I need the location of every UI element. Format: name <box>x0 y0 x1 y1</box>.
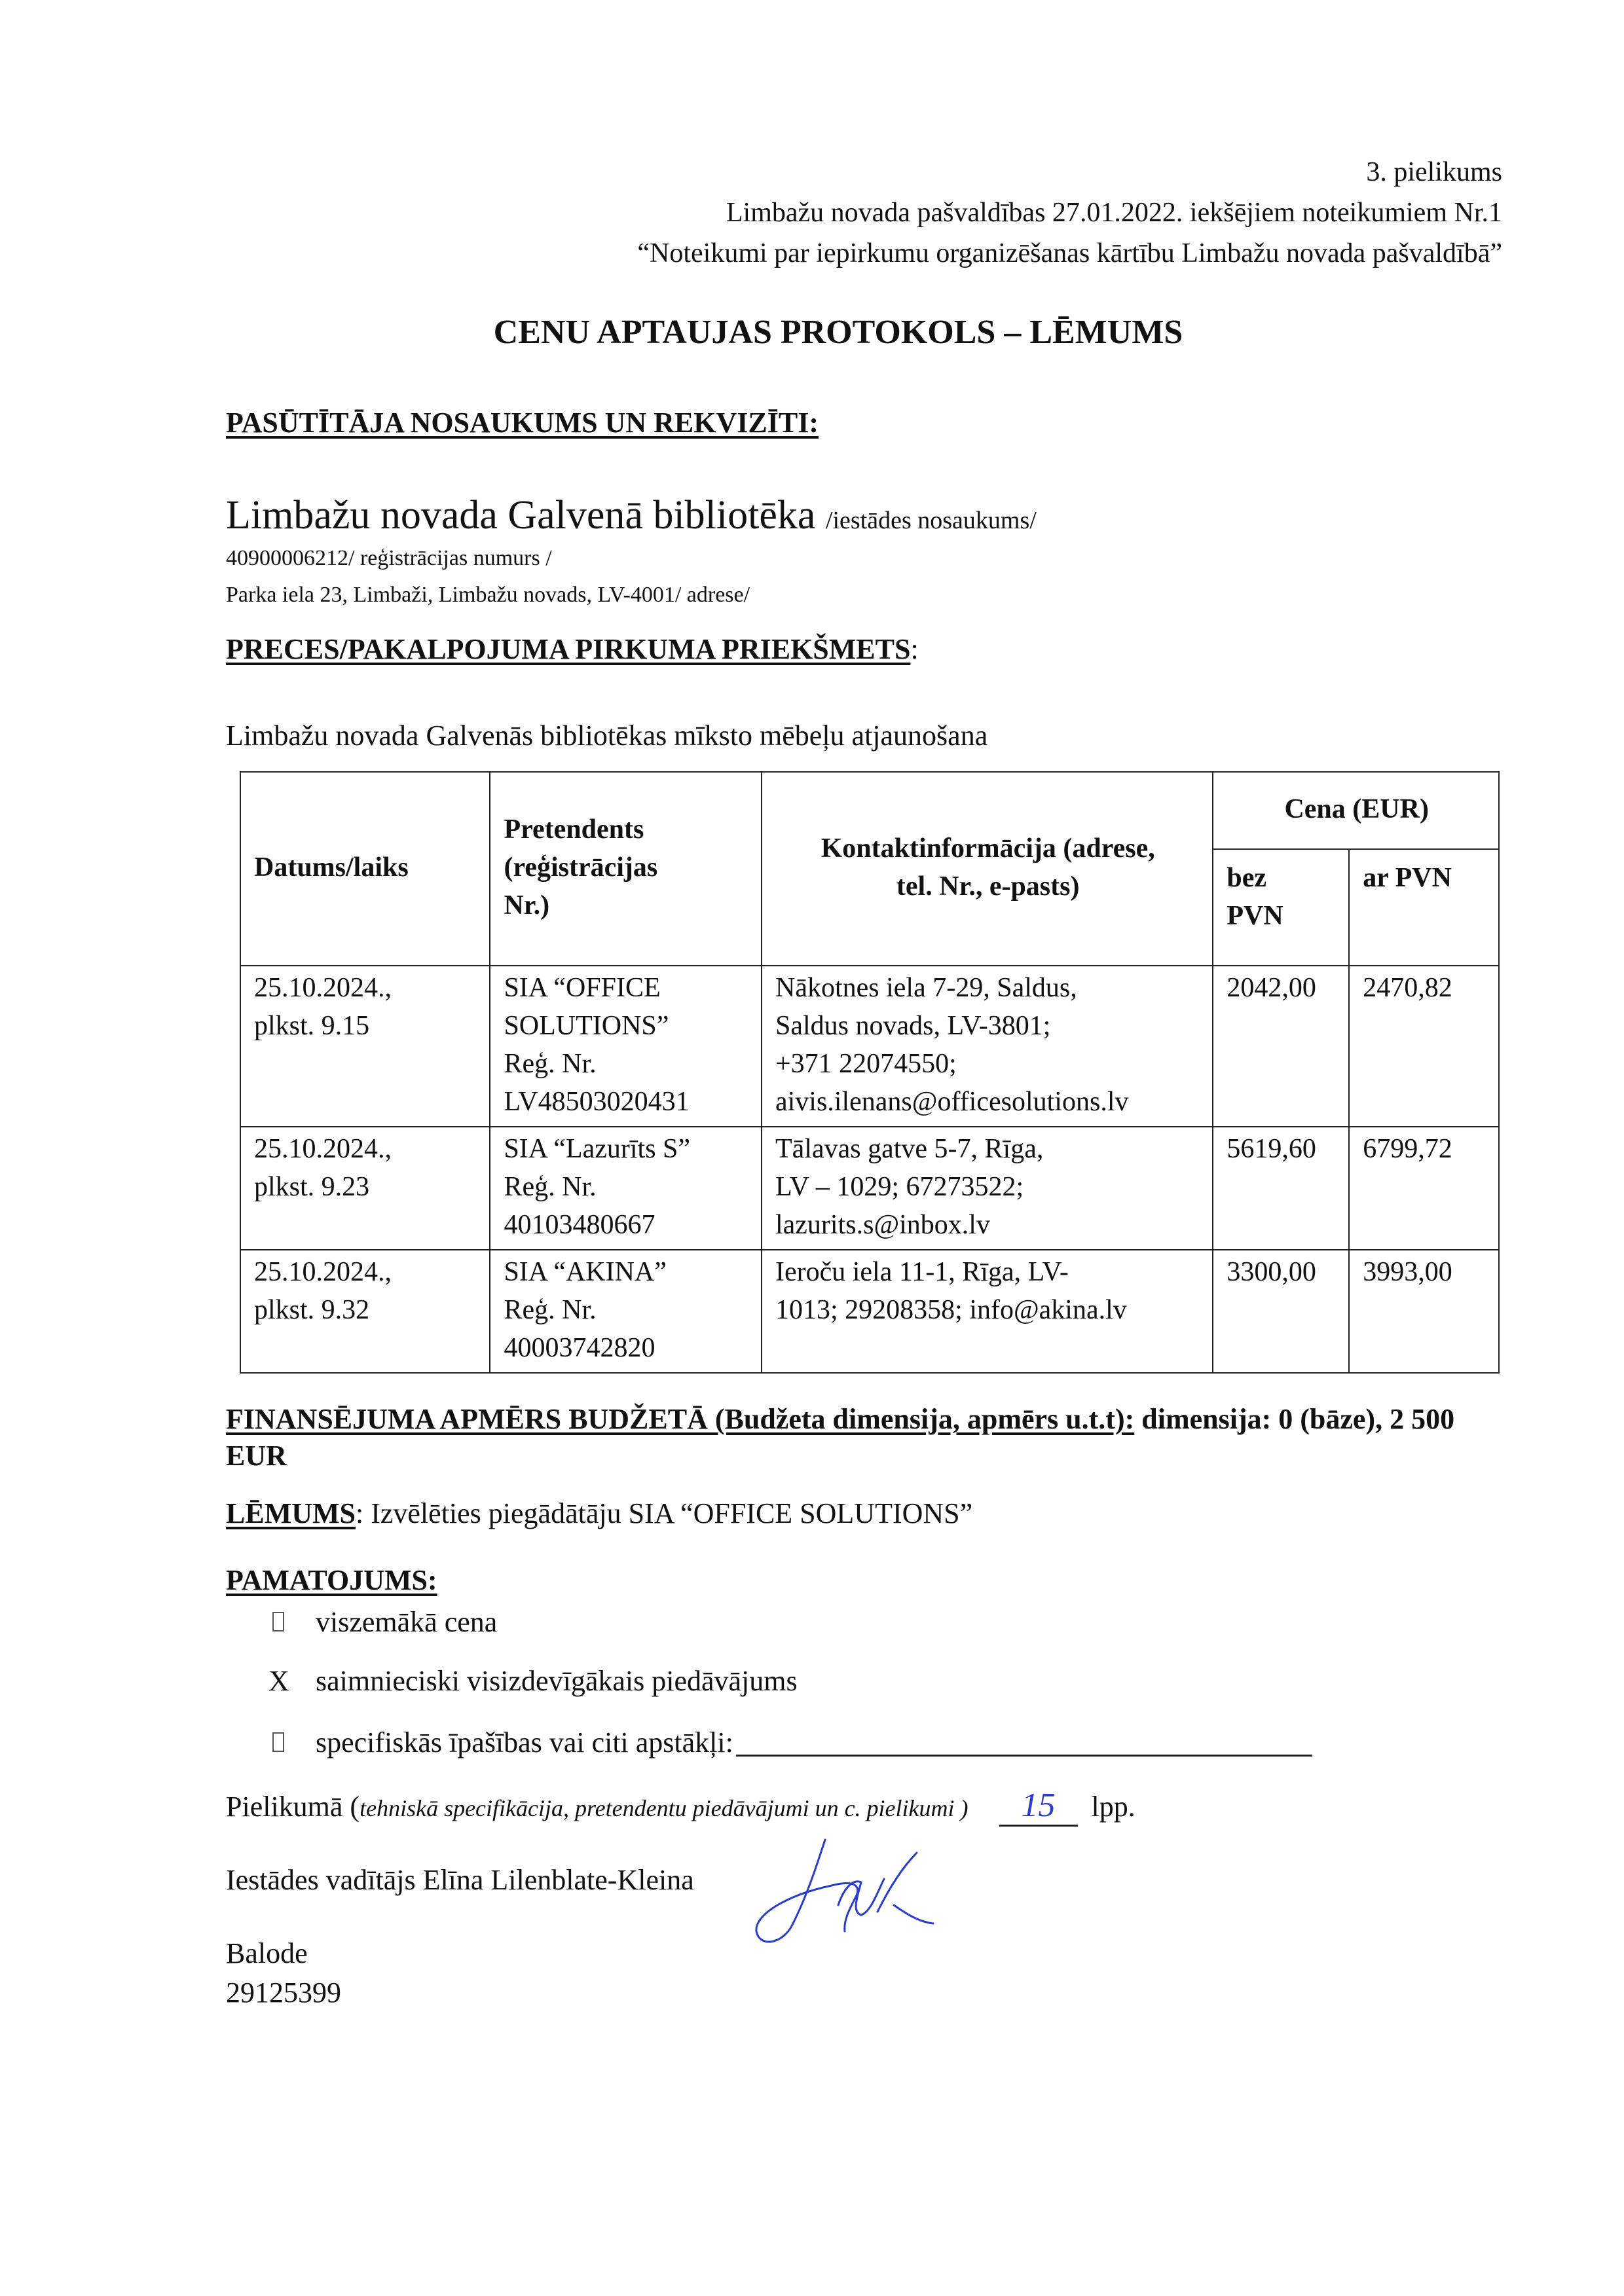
cell-price-no-vat: 2042,00 <box>1213 966 1349 1127</box>
institution-registration: 40900006212/ reģistrācijas numurs / <box>226 545 552 573</box>
cell-bidder-line: 40003742820 <box>504 1329 749 1367</box>
annex-header: 3. pielikums Limbažu novada pašvaldības … <box>258 152 1502 274</box>
finance-block: FINANSĒJUMA APMĒRS BUDŽETĀ (Budžeta dime… <box>226 1401 1470 1474</box>
header-price-no-vat-line: bez <box>1227 859 1337 897</box>
header-contact: Kontaktinformācija (adrese, tel. Nr., e-… <box>762 772 1213 966</box>
cell-contact-line: +371 22074550; <box>775 1045 1200 1083</box>
attachments-suffix: lpp. <box>1092 1791 1135 1823</box>
cell-contact-line: Saldus novads, LV-3801; <box>775 1007 1200 1045</box>
cell-price-vat: 2470,82 <box>1349 966 1499 1127</box>
header-bidder-line: (reģistrācijas <box>504 848 749 886</box>
handwritten-signature-icon <box>747 1833 995 1951</box>
cell-bidder-line: Reģ. Nr. <box>504 1291 749 1329</box>
cell-contact-line: Nākotnes iela 7-29, Saldus, <box>775 969 1200 1007</box>
cell-contact: Nākotnes iela 7-29, Saldus,Saldus novads… <box>762 966 1213 1127</box>
attachments-prefix: Pielikumā ( <box>226 1791 360 1823</box>
offers-table: Datums/laiks Pretendents (reģistrācijas … <box>240 771 1500 1374</box>
table-row: 25.10.2024.,plkst. 9.23SIA “Lazurīts S”R… <box>240 1127 1499 1250</box>
cell-bidder: SIA “OFFICESOLUTIONS”Reģ. Nr.LV485030204… <box>490 966 762 1127</box>
contact-person-name: Balode <box>226 1937 308 1970</box>
attachments-description: tehniskā specifikācija, pretendentu pied… <box>360 1795 968 1821</box>
basis-option-most-advantageous[interactable]: X saimnieciski visizdevīgākais piedāvāju… <box>268 1664 798 1698</box>
subject-heading-line: PRECES/PAKALPOJUMA PIRKUMA PRIEKŠMETS: <box>226 632 919 666</box>
header-price-group: Cena (EUR) <box>1213 772 1499 849</box>
subject-heading-colon: : <box>910 633 918 665</box>
cell-price-vat: 6799,72 <box>1349 1127 1499 1250</box>
cell-bidder-line: SIA “Lazurīts S” <box>504 1130 749 1168</box>
checked-x-icon[interactable]: X <box>268 1664 288 1698</box>
cell-date-line: plkst. 9.32 <box>254 1291 477 1329</box>
cell-contact: Tālavas gatve 5-7, Rīga,LV – 1029; 67273… <box>762 1127 1213 1250</box>
cell-contact-line: LV – 1029; 67273522; <box>775 1168 1200 1206</box>
subject-heading: PRECES/PAKALPOJUMA PIRKUMA PRIEKŠMETS <box>226 633 910 665</box>
cell-bidder-line: Reģ. Nr. <box>504 1168 749 1206</box>
document-page: 3. pielikums Limbažu novada pašvaldības … <box>0 0 1624 2296</box>
header-bidder-line: Pretendents <box>504 811 749 848</box>
decision-text: : Izvēlēties piegādātāju SIA “OFFICE SOL… <box>356 1497 972 1529</box>
header-price-vat: ar PVN <box>1349 849 1499 966</box>
cell-bidder-line: SIA “OFFICE <box>504 969 749 1007</box>
cell-date: 25.10.2024.,plkst. 9.32 <box>240 1250 490 1373</box>
blank-fill-line[interactable] <box>736 1728 1312 1757</box>
cell-contact-line: aivis.ilenans@officesolutions.lv <box>775 1083 1200 1121</box>
institution-name: Limbažu novada Galvenā bibliotēka <box>226 493 815 538</box>
document-title: CENU APTAUJAS PROTOKOLS – LĒMUMS <box>0 313 1624 352</box>
cell-date-line: 25.10.2024., <box>254 1130 477 1168</box>
header-bidder: Pretendents (reģistrācijas Nr.) <box>490 772 762 966</box>
basis-option-lowest-price[interactable]: viszemākā cena <box>268 1605 497 1639</box>
basis-option-specific-properties[interactable]: specifiskās īpašības vai citi apstākļi: <box>268 1726 1312 1759</box>
institution-address: Parka iela 23, Limbaži, Limbažu novads, … <box>226 581 750 610</box>
cell-date-line: 25.10.2024., <box>254 969 477 1007</box>
attachments-page-count: 15 <box>999 1786 1078 1827</box>
cell-bidder: SIA “Lazurīts S”Reģ. Nr.40103480667 <box>490 1127 762 1250</box>
cell-bidder: SIA “AKINA”Reģ. Nr.40003742820 <box>490 1250 762 1373</box>
regulation-reference: Limbažu novada pašvaldības 27.01.2022. i… <box>258 192 1502 233</box>
cell-date: 25.10.2024.,plkst. 9.15 <box>240 966 490 1127</box>
cell-price-no-vat: 3300,00 <box>1213 1250 1349 1373</box>
checkbox-empty-icon[interactable] <box>268 1605 288 1639</box>
subject-text: Limbažu novada Galvenās bibliotēkas mīks… <box>226 718 987 754</box>
cell-price-vat: 3993,00 <box>1349 1250 1499 1373</box>
basis-heading: PAMATOJUMS: <box>226 1563 437 1597</box>
cell-contact: Ieroču iela 11-1, Rīga, LV-1013; 2920835… <box>762 1250 1213 1373</box>
cell-price-no-vat: 5619,60 <box>1213 1127 1349 1250</box>
cell-bidder-line: Reģ. Nr. <box>504 1045 749 1083</box>
header-contact-line: tel. Nr., e-pasts) <box>775 867 1200 905</box>
annex-number: 3. pielikums <box>258 152 1502 192</box>
signatory-text: Iestādes vadītājs Elīna Lilenblate-Klein… <box>226 1863 694 1897</box>
header-bidder-line: Nr.) <box>504 886 749 924</box>
basis-option-label: specifiskās īpašības vai citi apstākļi: <box>316 1726 733 1759</box>
institution-name-label: /iestādes nosaukums/ <box>826 507 1037 534</box>
checkbox-empty-icon[interactable] <box>268 1726 288 1759</box>
finance-label: FINANSĒJUMA APMĒRS BUDŽETĀ (Budžeta dime… <box>226 1403 1134 1435</box>
cell-contact-line: Tālavas gatve 5-7, Rīga, <box>775 1130 1200 1168</box>
header-price-no-vat-line: PVN <box>1227 897 1337 935</box>
cell-date-line: plkst. 9.15 <box>254 1007 477 1045</box>
cell-contact-line: lazurits.s@inbox.lv <box>775 1206 1200 1244</box>
cell-bidder-line: 40103480667 <box>504 1206 749 1244</box>
cell-contact-line: 1013; 29208358; info@akina.lv <box>775 1291 1200 1329</box>
cell-bidder-line: SOLUTIONS” <box>504 1007 749 1045</box>
header-date: Datums/laiks <box>240 772 490 966</box>
basis-option-label: viszemākā cena <box>316 1605 497 1639</box>
decision-line: LĒMUMS: Izvēlēties piegādātāju SIA “OFFI… <box>226 1497 972 1530</box>
cell-bidder-line: SIA “AKINA” <box>504 1253 749 1291</box>
institution-name-line: Limbažu novada Galvenā bibliotēka /iestā… <box>226 491 1037 539</box>
contact-person-phone: 29125399 <box>226 1976 341 2009</box>
cell-date: 25.10.2024.,plkst. 9.23 <box>240 1127 490 1250</box>
regulation-title: “Noteikumi par iepirkumu organizēšanas k… <box>258 233 1502 274</box>
header-contact-line: Kontaktinformācija (adrese, <box>775 829 1200 867</box>
cell-date-line: 25.10.2024., <box>254 1253 477 1291</box>
basis-option-label: saimnieciski visizdevīgākais piedāvājums <box>316 1664 798 1698</box>
decision-label: LĒMUMS <box>226 1497 356 1529</box>
table-row: 25.10.2024.,plkst. 9.32SIA “AKINA”Reģ. N… <box>240 1250 1499 1373</box>
cell-date-line: plkst. 9.23 <box>254 1168 477 1206</box>
table-row: 25.10.2024.,plkst. 9.15SIA “OFFICESOLUTI… <box>240 966 1499 1127</box>
customer-heading: PASŪTĪTĀJA NOSAUKUMS UN REKVIZĪTI: <box>226 406 819 439</box>
attachments-line: Pielikumā (tehniskā specifikācija, prete… <box>226 1786 1135 1827</box>
cell-contact-line: Ieroču iela 11-1, Rīga, LV- <box>775 1253 1200 1291</box>
cell-bidder-line: LV48503020431 <box>504 1083 749 1121</box>
header-price-no-vat: bez PVN <box>1213 849 1349 966</box>
